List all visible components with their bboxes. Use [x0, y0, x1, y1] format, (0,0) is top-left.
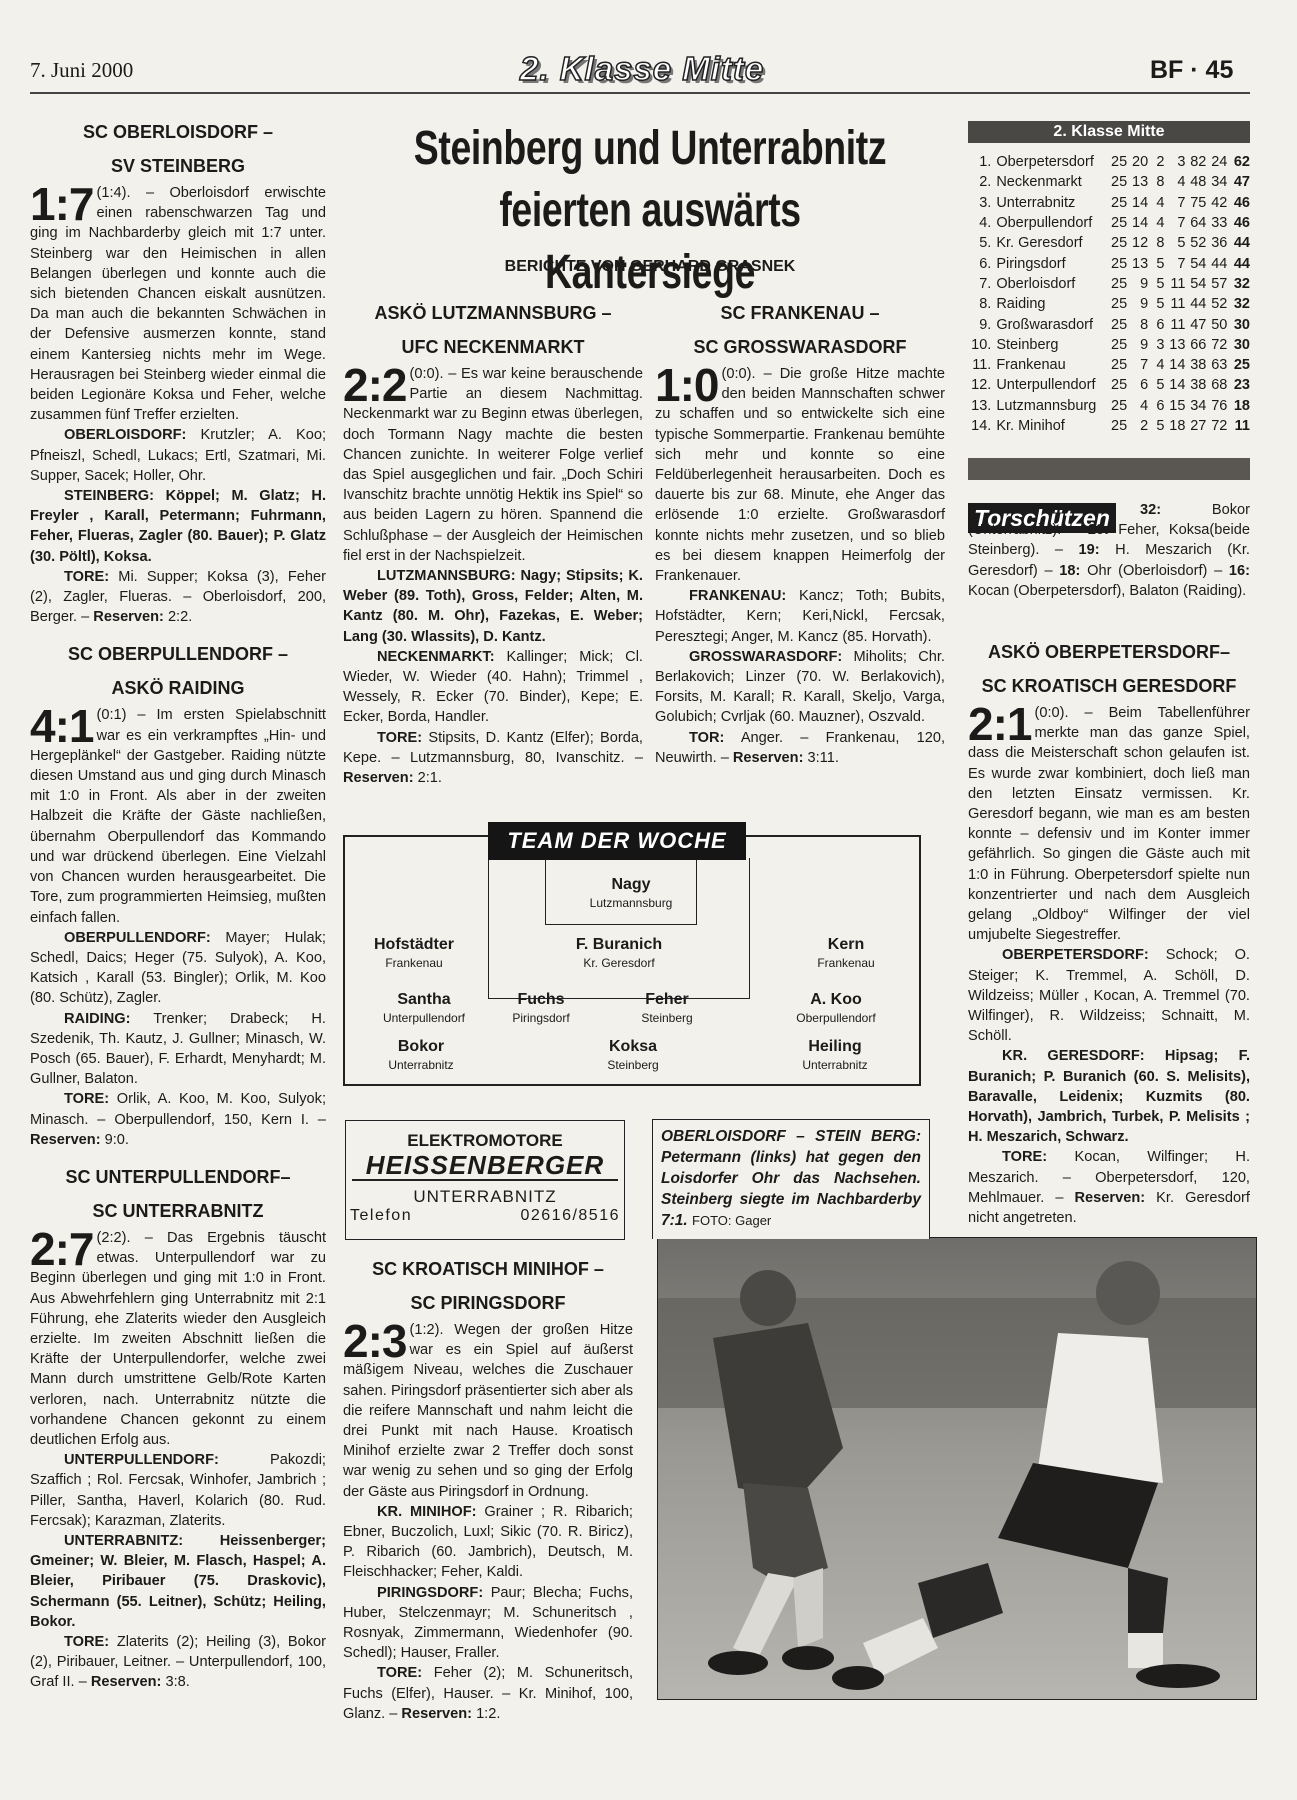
- table-row: 5.Kr. Geresdorf251285523644: [968, 233, 1250, 253]
- table-footer-bar: [968, 458, 1250, 480]
- player-card: A. KooOberpullendorf: [766, 990, 906, 1027]
- column-center-left: ASKÖ LUTZMANNSBURG –UFC NECKENMARKT 2:2(…: [343, 296, 643, 788]
- photo-caption: OBERLOISDORF – STEIN BERG: Petermann (li…: [652, 1119, 930, 1239]
- main-headline: Steinberg und Unterrabnitz feierten ausw…: [412, 118, 888, 304]
- table-row: 1.Oberpetersdorf252023822462: [968, 152, 1250, 172]
- phone-number: 02616/8516: [520, 1207, 620, 1225]
- match-score: 2:7: [30, 1230, 93, 1268]
- player-card: FuchsPiringsdorf: [471, 990, 611, 1027]
- advertiser-name: HEISSENBERGER: [352, 1151, 618, 1181]
- table-row: 14.Kr. Minihof252518277211: [968, 416, 1250, 436]
- table-row: 6.Piringsdorf251357544444: [968, 253, 1250, 273]
- match-score: 4:1: [30, 707, 93, 745]
- match-score: 2:2: [343, 366, 406, 404]
- match-score: 2:3: [343, 1322, 406, 1360]
- team-of-week-title: TEAM DER WOCHE: [488, 822, 746, 860]
- match-score: 2:1: [968, 705, 1031, 743]
- match-heading: SC OBERLOISDORF –SV STEINBERG: [30, 115, 326, 183]
- match-score: 1:7: [30, 185, 93, 223]
- scorers-list: 32: Bokor (Unterrabnitz). – 20: Feher, K…: [968, 500, 1250, 601]
- column-center-right: SC FRANKENAU –SC GROSSWARASDORF 1:0(0:0)…: [655, 296, 945, 768]
- table-row: 10.Steinberg259313667230: [968, 335, 1250, 355]
- match-heading: ASKÖ OBERPETERSDORF–SC KROATISCH GERESDO…: [968, 635, 1250, 703]
- table-row: 12.Unterpullendorf256514386823: [968, 375, 1250, 395]
- table-row: 13.Lutzmannsburg254615347618: [968, 396, 1250, 416]
- league-table-title: 2. Klasse Mitte: [968, 121, 1250, 143]
- match-photo: [657, 1237, 1257, 1700]
- match-heading: SC FRANKENAU –SC GROSSWARASDORF: [655, 296, 945, 364]
- player-card: NagyLutzmannsburg: [561, 875, 701, 912]
- match-heading: SC UNTERPULLENDORF–SC UNTERRABNITZ: [30, 1160, 326, 1228]
- column-left: SC OBERLOISDORF –SV STEINBERG 1:7(1:4). …: [30, 115, 326, 1693]
- table-row: 3.Unterrabnitz251447754246: [968, 193, 1250, 213]
- issue-date: 7. Juni 2000: [30, 58, 133, 83]
- player-card: HeilingUnterrabnitz: [765, 1037, 905, 1074]
- player-card: KoksaSteinberg: [563, 1037, 703, 1074]
- player-card: FeherSteinberg: [597, 990, 737, 1027]
- column-right: ASKÖ OBERPETERSDORF–SC KROATISCH GERESDO…: [968, 635, 1250, 1228]
- column-center-lower: SC KROATISCH MINIHOF –SC PIRINGSDORF 2:3…: [343, 1252, 633, 1724]
- player-card: HofstädterFrankenau: [344, 935, 484, 972]
- photo-credit: FOTO: Gager: [692, 1213, 771, 1228]
- player-card: BokorUnterrabnitz: [351, 1037, 491, 1074]
- player-card: KernFrankenau: [776, 935, 916, 972]
- table-row: 11.Frankenau257414386325: [968, 355, 1250, 375]
- section-title: 2. Klasse Mitte: [520, 50, 764, 88]
- league-table: 1.Oberpetersdorf2520238224622.Neckenmark…: [968, 152, 1250, 436]
- match-heading: ASKÖ LUTZMANNSBURG –UFC NECKENMARKT: [343, 296, 643, 364]
- match-article: SC UNTERPULLENDORF–SC UNTERRABNITZ 2:7(2…: [30, 1160, 326, 1693]
- match-heading: SC KROATISCH MINIHOF –SC PIRINGSDORF: [343, 1252, 633, 1320]
- byline: BERICHTE VON GERHARD GRASNEK: [345, 258, 955, 276]
- match-article: SC OBERPULLENDORF –ASKÖ RAIDING 4:1(0:1)…: [30, 637, 326, 1149]
- football-players-image: [658, 1238, 1256, 1699]
- table-row: 9.Großwarasdorf258611475030: [968, 314, 1250, 334]
- table-row: 7.Oberloisdorf259511545732: [968, 274, 1250, 294]
- header-divider: [30, 92, 1250, 94]
- table-row: 8.Raiding259511445232: [968, 294, 1250, 314]
- table-row: 4.Oberpullendorf251447643346: [968, 213, 1250, 233]
- advertisement: ELEKTROMOTORE HEISSENBERGER UNTERRABNITZ…: [345, 1120, 625, 1240]
- match-heading: SC OBERPULLENDORF –ASKÖ RAIDING: [30, 637, 326, 705]
- table-row: 2.Neckenmarkt251384483447: [968, 172, 1250, 192]
- player-card: F. BuranichKr. Geresdorf: [549, 935, 689, 972]
- match-article: SC OBERLOISDORF –SV STEINBERG 1:7(1:4). …: [30, 115, 326, 627]
- match-score: 1:0: [655, 366, 718, 404]
- page-number: BF · 45: [1150, 56, 1233, 85]
